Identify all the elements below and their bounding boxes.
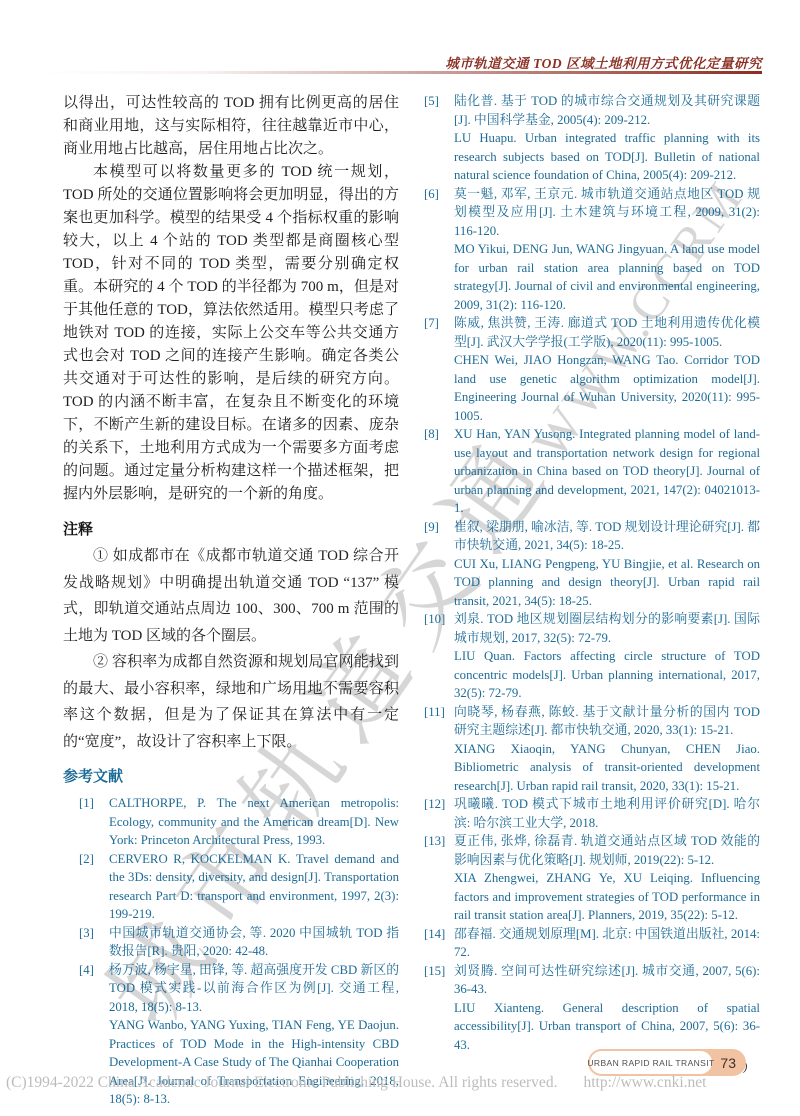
reference-body: 崔叙, 梁朋朋, 喻冰洁, 等. TOD 规划设计理论研究[J]. 都市快轨交通… [454,518,760,611]
reference-number: [6] [424,185,454,315]
reference-entry: [7] 陈威, 焦洪赞, 王涛. 廊道式 TOD 土地利用遗传优化模型[J]. … [424,314,760,425]
reference-text-cn: 刘泉. TOD 地区规划圈层结构划分的影响要素[J]. 国际城市规划, 2017… [454,610,760,647]
note: ② 容积率为成都自然资源和规划局官网能找到的最大、最小容积率，绿地和广场用地不需… [63,649,399,755]
reference-entry: [11] 向晓琴, 杨春燕, 陈蛟. 基于文献计量分析的国内 TOD 研究主题综… [424,703,760,796]
reference-body: 莫一魁, 邓军, 王京元. 城市轨道交通站点地区 TOD 规划模型及应用[J].… [454,185,760,315]
reference-body: 巩曦曦. TOD 模式下城市土地利用评价研究[D]. 哈尔滨: 哈尔滨工业大学,… [454,795,760,832]
reference-entry: [1] CALTHORPE, P. The next American metr… [79,794,399,850]
references-heading: 参考文献 [63,765,399,786]
reference-text-en: MO Yikui, DENG Jun, WANG Jingyuan. A lan… [454,240,760,314]
reference-number: [11] [424,703,454,796]
journal-name: URBAN RAPID RAIL TRANSIT [587,1058,714,1068]
reference-number: [9] [424,518,454,611]
journal-page: 城市轨道交通WWW.CCRM 城市轨道交通 TOD 区域土地利用方式优化定量研究… [0,0,800,1116]
reference-text-en: LU Huapu. Urban integrated traffic plann… [454,129,760,185]
reference-number: [2] [79,850,109,924]
reference-text-en: CUI Xu, LIANG Pengpeng, YU Bingjie, et a… [454,555,760,611]
reference-text-en: YANG Wanbo, YANG Yuxing, TIAN Feng, YE D… [109,1016,399,1109]
notes-heading: 注释 [63,518,399,539]
reference-number: [3] [79,924,109,961]
references-right: [5] 陆化普. 基于 TOD 的城市综合交通规划及其研究课题[J]. 中国科学… [424,92,760,1054]
cnki-url: http://www.cnki.net [583,1074,706,1091]
reference-text-cn: 崔叙, 梁朋朋, 喻冰洁, 等. TOD 规划设计理论研究[J]. 都市快轨交通… [454,518,760,555]
reference-text-cn: 莫一魁, 邓军, 王京元. 城市轨道交通站点地区 TOD 规划模型及应用[J].… [454,185,760,241]
reference-entry: [10] 刘泉. TOD 地区规划圈层结构划分的影响要素[J]. 国际城市规划,… [424,610,760,703]
reference-text-en: XIA Zhengwei, ZHANG Ye, XU Leiqing. Infl… [454,869,760,925]
reference-number: [5] [424,92,454,185]
reference-number: [12] [424,795,454,832]
reference-body: 夏正伟, 张烨, 徐磊青. 轨道交通站点区域 TOD 效能的影响因素与优化策略[… [454,832,760,925]
reference-entry: [8] XU Han, YAN Yusong. Integrated plann… [424,425,760,518]
body-paragraphs: 以得出，可达性较高的 TOD 拥有比例更高的居住和商业用地，这与实际相符，往往越… [63,92,399,506]
copyright-line: (C)1994-2022 China Academic Journal Elec… [6,1074,706,1092]
reference-entry: [15] 刘贤腾. 空间可达性研究综述[J]. 城市交通, 2007, 5(6)… [424,962,760,1055]
reference-body: 向晓琴, 杨春燕, 陈蛟. 基于文献计量分析的国内 TOD 研究主题综述[J].… [454,703,760,796]
reference-entry: [14] 邵春福. 交通规划原理[M]. 北京: 中国铁道出版社, 2014: … [424,925,760,962]
reference-body: CALTHORPE, P. The next American metropol… [109,794,399,850]
reference-text-en: CHEN Wei, JIAO Hongzan, WANG Tao. Corrid… [454,351,760,425]
reference-number: [8] [424,425,454,518]
reference-number: [1] [79,794,109,850]
reference-text-cn: 陈威, 焦洪赞, 王涛. 廊道式 TOD 土地利用遗传优化模型[J]. 武汉大学… [454,314,760,351]
reference-text-cn: 杨万波, 杨宇星, 田锋, 等. 超高强度开发 CBD 新区的 TOD 模式实践… [109,961,399,1017]
reference-number: [13] [424,832,454,925]
reference-text-cn: 夏正伟, 张烨, 徐磊青. 轨道交通站点区域 TOD 效能的影响因素与优化策略[… [454,832,760,869]
journal-page-badge: URBAN RAPID RAIL TRANSIT 73 [588,1049,746,1076]
reference-text-en: CERVERO R, KOCKELMAN K. Travel demand an… [109,850,399,924]
reference-body: 刘贤腾. 空间可达性研究综述[J]. 城市交通, 2007, 5(6): 36-… [454,962,760,1055]
reference-text-en: CALTHORPE, P. The next American metropol… [109,794,399,850]
paragraph: 本模型可以将数量更多的 TOD 统一规划，TOD 所处的交通位置影响将会更加明显… [63,161,399,506]
references-left: [1] CALTHORPE, P. The next American metr… [63,794,399,1109]
page-number: 73 [720,1055,736,1071]
reference-body: 陆化普. 基于 TOD 的城市综合交通规划及其研究课题[J]. 中国科学基金, … [454,92,760,185]
reference-text-en: LIU Xianteng. General description of spa… [454,999,760,1055]
reference-text-cn: 陆化普. 基于 TOD 的城市综合交通规划及其研究课题[J]. 中国科学基金, … [454,92,760,129]
reference-number: [15] [424,962,454,1055]
reference-number: [14] [424,925,454,962]
reference-entry: [5] 陆化普. 基于 TOD 的城市综合交通规划及其研究课题[J]. 中国科学… [424,92,760,185]
running-title: 城市轨道交通 TOD 区域土地利用方式优化定量研究 [445,52,762,72]
reference-text-en: XU Han, YAN Yusong. Integrated planning … [454,425,760,518]
reference-text-en: XIANG Xiaoqin, YANG Chunyan, CHEN Jiao. … [454,740,760,796]
reference-text-cn: 中国城市轨道交通协会, 等. 2020 中国城轨 TOD 指数报告[R]. 贵阳… [109,924,399,961]
reference-body: CERVERO R, KOCKELMAN K. Travel demand an… [109,850,399,924]
reference-text-cn: 向晓琴, 杨春燕, 陈蛟. 基于文献计量分析的国内 TOD 研究主题综述[J].… [454,703,760,740]
reference-number: [10] [424,610,454,703]
paragraph: 以得出，可达性较高的 TOD 拥有比例更高的居住和商业用地，这与实际相符，往往越… [63,92,399,161]
reference-text-cn: 刘贤腾. 空间可达性研究综述[J]. 城市交通, 2007, 5(6): 36-… [454,962,760,999]
reference-body: 刘泉. TOD 地区规划圈层结构划分的影响要素[J]. 国际城市规划, 2017… [454,610,760,703]
reference-entry: [12] 巩曦曦. TOD 模式下城市土地利用评价研究[D]. 哈尔滨: 哈尔滨… [424,795,760,832]
reference-entry: [6] 莫一魁, 邓军, 王京元. 城市轨道交通站点地区 TOD 规划模型及应用… [424,185,760,315]
reference-body: 中国城市轨道交通协会, 等. 2020 中国城轨 TOD 指数报告[R]. 贵阳… [109,924,399,961]
reference-entry: [9] 崔叙, 梁朋朋, 喻冰洁, 等. TOD 规划设计理论研究[J]. 都市… [424,518,760,611]
reference-text-cn: 邵春福. 交通规划原理[M]. 北京: 中国铁道出版社, 2014: 72. [454,925,760,962]
copyright-text: (C)1994-2022 China Academic Journal Elec… [6,1074,557,1091]
left-column: 以得出，可达性较高的 TOD 拥有比例更高的居住和商业用地，这与实际相符，往往越… [63,92,399,1109]
reference-body: 邵春福. 交通规划原理[M]. 北京: 中国铁道出版社, 2014: 72. [454,925,760,962]
header-rule [40,71,762,74]
reference-body: XU Han, YAN Yusong. Integrated planning … [454,425,760,518]
reference-entry: [3] 中国城市轨道交通协会, 等. 2020 中国城轨 TOD 指数报告[R]… [79,924,399,961]
notes-list: ① 如成都市在《成都市轨道交通 TOD 综合开发战略规划》中明确提出轨道交通 T… [63,543,399,755]
reference-entry: [13] 夏正伟, 张烨, 徐磊青. 轨道交通站点区域 TOD 效能的影响因素与… [424,832,760,925]
right-column: [5] 陆化普. 基于 TOD 的城市综合交通规划及其研究课题[J]. 中国科学… [424,92,760,1077]
journal-name-pill: URBAN RAPID RAIL TRANSIT [590,1051,712,1074]
reference-text-en: LIU Quan. Factors affecting circle struc… [454,647,760,703]
reference-text-cn: 巩曦曦. TOD 模式下城市土地利用评价研究[D]. 哈尔滨: 哈尔滨工业大学,… [454,795,760,832]
note: ① 如成都市在《成都市轨道交通 TOD 综合开发战略规划》中明确提出轨道交通 T… [63,543,399,649]
reference-entry: [2] CERVERO R, KOCKELMAN K. Travel deman… [79,850,399,924]
reference-body: 陈威, 焦洪赞, 王涛. 廊道式 TOD 土地利用遗传优化模型[J]. 武汉大学… [454,314,760,425]
reference-number: [7] [424,314,454,425]
